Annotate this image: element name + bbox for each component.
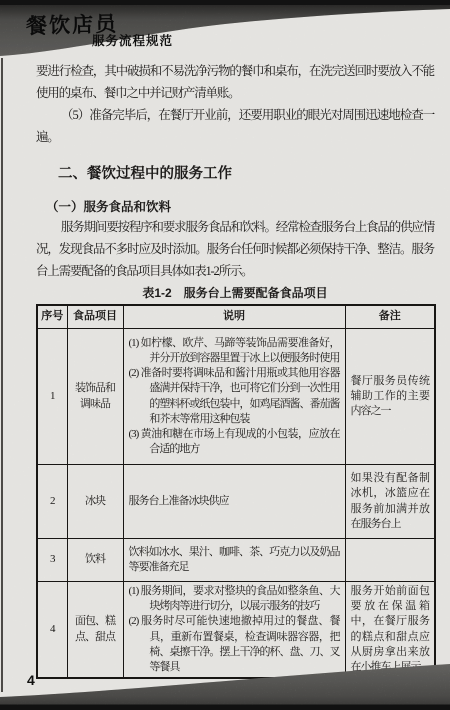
book-page: 餐饮店员 服务流程规范 要进行检查，其中破损和不易洗净污物的餐巾和桌布，在洗完送… <box>0 0 450 710</box>
cell-no: 2 <box>37 465 67 539</box>
cell-item: 饮料 <box>67 539 123 582</box>
paragraph-intro: 服务期间要按程序和要求服务食品和饮料。经常检查服务台上食品的供应情况，发现食品不… <box>36 216 434 282</box>
cell-item: 冰块 <box>67 465 123 539</box>
cell-no: 1 <box>37 329 67 465</box>
cell-desc: (1) 如柠檬、欧芹、马蹄等装饰品需要准备好，并分开放到容器里置于冰上以便服务时… <box>123 329 345 465</box>
paragraph-continuation: 要进行检查，其中破损和不易洗净污物的餐巾和桌布，在洗完送回时要放入不能使用的桌布… <box>36 60 434 104</box>
column-header-desc: 说明 <box>123 305 345 329</box>
book-series-subtitle: 服务流程规范 <box>92 31 173 49</box>
table-row: 2 冰块 服务台上准备冰块供应 如果没有配备制冰机，冰篮应在服务前加满并放在服务… <box>37 465 435 539</box>
desc-item: (3) 黄油和糖在市场上有现成的小包装，应放在合适的地方 <box>129 427 340 457</box>
cell-note: 服务开始前面包要放在保温箱中，在餐厅服务的糕点和甜点应从厨房拿出来放在小推车上展… <box>345 582 435 679</box>
cell-note <box>345 539 435 582</box>
table-row: 4 面包、糕点、甜点 (1) 服务期间，要求对整块的食品如整条鱼、大块烤肉等进行… <box>37 582 435 679</box>
page-number: 4 <box>27 672 35 688</box>
cell-item: 装饰品和调味品 <box>67 329 123 465</box>
desc-item: 服务台上准备冰块供应 <box>129 494 340 509</box>
scan-edge-line <box>1 58 3 692</box>
cell-desc: 饮料如冰水、果汁、咖啡、茶、巧克力以及奶品等要准备充足 <box>123 539 345 582</box>
desc-item: (1) 如柠檬、欧芹、马蹄等装饰品需要准备好，并分开放到容器里置于冰上以便服务时… <box>129 336 340 366</box>
desc-item: 饮料如冰水、果汁、咖啡、茶、巧克力以及奶品等要准备充足 <box>129 545 340 575</box>
cell-desc: 服务台上准备冰块供应 <box>123 465 345 539</box>
subsection-heading: （一）服务食品和饮料 <box>46 198 434 216</box>
column-header-no: 序号 <box>37 305 67 329</box>
desc-item: (1) 服务期间，要求对整块的食品如整条鱼、大块烤肉等进行切分，以展示服务的技巧 <box>129 584 340 614</box>
column-header-item: 食品项目 <box>67 305 123 329</box>
cell-item: 面包、糕点、甜点 <box>67 582 123 679</box>
desc-item: (2) 服务时尽可能快速地撤掉用过的餐盘、餐具，重新布置餐桌，检查调味器容器，把… <box>129 614 340 675</box>
table-header-row: 序号 食品项目 说明 备注 <box>37 305 435 329</box>
table-row: 1 装饰品和调味品 (1) 如柠檬、欧芹、马蹄等装饰品需要准备好，并分开放到容器… <box>37 329 435 465</box>
section-heading: 二、餐饮过程中的服务工作 <box>58 164 434 184</box>
cell-no: 3 <box>37 539 67 582</box>
page-content: 要进行检查，其中破损和不易洗净污物的餐巾和桌布，在洗完送回时要放入不能使用的桌布… <box>36 60 434 679</box>
cell-desc: (1) 服务期间，要求对整块的食品如整条鱼、大块烤肉等进行切分，以展示服务的技巧… <box>123 582 345 679</box>
column-header-note: 备注 <box>345 305 435 329</box>
table-row: 3 饮料 饮料如冰水、果汁、咖啡、茶、巧克力以及奶品等要准备充足 <box>37 539 435 582</box>
paragraph-item-5: （5）准备完毕后，在餐厅开业前，还要用职业的眼光对周围迅速地检查一遍。 <box>36 104 434 148</box>
desc-item: (2) 准备时要将调味品和酱汁用瓶或其他用容器盛满并保持干净，也可将它们分到一次… <box>129 366 340 427</box>
cell-no: 4 <box>37 582 67 679</box>
cell-note: 餐厅服务员传统辅助工作的主要内容之一 <box>345 329 435 465</box>
food-items-table: 序号 食品项目 说明 备注 1 装饰品和调味品 (1) 如柠檬、欧芹、马蹄等装饰… <box>36 304 436 679</box>
table-caption: 表1-2 服务台上需要配备食品项目 <box>36 285 434 301</box>
cell-note: 如果没有配备制冰机，冰篮应在服务前加满并放在服务台上 <box>345 465 435 539</box>
